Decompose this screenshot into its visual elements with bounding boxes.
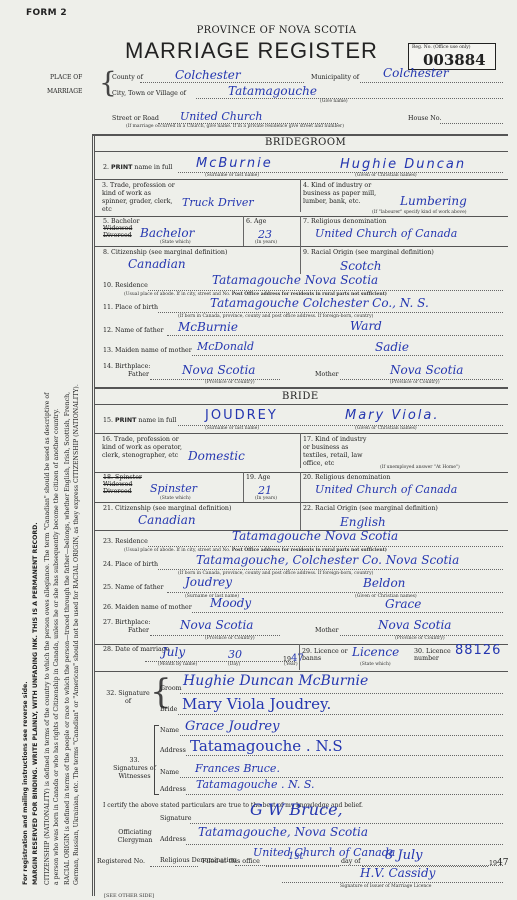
bride-trade-value[interactable]: Domestic <box>188 449 245 463</box>
groom-name-label: 2. PRINT name in full <box>103 164 172 171</box>
given-hint: (Given or Christian names) <box>355 173 417 178</box>
clergy-sig-label: Signature <box>160 815 192 822</box>
bride-signature[interactable]: Mary Viola Joudrey. <box>182 695 331 713</box>
father-birth-label: Father <box>128 371 149 378</box>
divider <box>95 433 508 434</box>
birthplace-hint: (If born in Canada, province, county and… <box>178 314 373 319</box>
brace-icon <box>154 725 159 795</box>
groom-surname[interactable]: McBurnie <box>196 156 273 171</box>
divider <box>95 246 508 247</box>
licence-label: 29. Licence or banns <box>302 648 352 662</box>
bride-industry-label: 17. Kind of industry or business as text… <box>303 436 373 468</box>
groom-signature[interactable]: Hughie Duncan McBurnie <box>183 673 368 689</box>
groom-father-label: 12. Name of father <box>103 327 164 334</box>
county-label: County of <box>112 74 143 81</box>
bride-citizenship-label: 21. Citizenship (see marginal definition… <box>103 505 231 512</box>
margin-racial-def-2: German, Russian, Ukrainian, etc. The ter… <box>73 384 80 885</box>
document-title: MARRIAGE REGISTER <box>125 38 378 64</box>
divider <box>300 502 301 530</box>
divider <box>95 404 508 405</box>
frame-left <box>92 134 95 896</box>
bride-father-label: 25. Name of father <box>103 584 164 591</box>
age-hint: (In years) <box>255 240 277 245</box>
bride-father-birthplace[interactable]: Nova Scotia <box>180 618 253 632</box>
city-hint: (Give name) <box>320 99 348 104</box>
bride-trade-label: 16. Trade, profession or kind of work as… <box>102 436 182 460</box>
groom-trade-label: 3. Trade, profession or kind of work as … <box>102 182 177 214</box>
line <box>148 546 503 547</box>
filed-year: 1947 <box>489 858 508 868</box>
groom-sig-label: Groom <box>160 685 182 692</box>
bride-sig-label: Bride <box>160 706 177 713</box>
groom-industry-label: 4. Kind of industry or business as paper… <box>303 182 383 206</box>
w2-name-label: Name <box>160 769 179 776</box>
form-number: FORM 2 <box>26 8 67 18</box>
bride-residence-value[interactable]: Tatamagouche Nova Scotia <box>232 529 398 543</box>
clergy-denomination[interactable]: United Church of Canada <box>253 846 395 859</box>
bride-racial-value[interactable]: English <box>340 515 386 529</box>
bride-name-label: 15. PRINT name in full <box>103 417 176 424</box>
divider <box>95 502 508 503</box>
line <box>186 844 503 845</box>
see-other-side: [SEE OTHER SIDE] <box>104 893 154 899</box>
witness2-address[interactable]: Tatamagouche . N. S. <box>196 778 315 791</box>
groom-racial-label: 9. Racial Origin (see marginal definitio… <box>303 249 434 256</box>
divider <box>300 472 301 502</box>
line <box>148 290 503 291</box>
county-value[interactable]: Colchester <box>175 68 241 82</box>
line <box>180 693 503 694</box>
groom-given-names[interactable]: Hughie Duncan <box>340 157 466 172</box>
street-hint: (If marriage occurred in a Church, give … <box>126 124 344 129</box>
line <box>167 335 503 336</box>
mother-birth-label: Mother <box>315 627 339 634</box>
clergyman-label: Officiating Clergyman <box>115 829 155 845</box>
divider <box>95 216 508 217</box>
groom-father-given[interactable]: Ward <box>350 319 382 333</box>
house-line <box>440 123 503 124</box>
bride-racial-label: 22. Racial Origin (see marginal definiti… <box>303 505 438 512</box>
filed-day[interactable]: 1st <box>288 851 304 862</box>
surname-hint: (Surname or last name) <box>205 426 259 431</box>
divider <box>95 644 508 645</box>
year-hint: (Year) <box>284 662 298 667</box>
province-hint: (Province or Country) <box>395 636 445 641</box>
day-hint: (Day) <box>228 662 240 667</box>
line <box>192 612 503 613</box>
city-line <box>196 98 503 99</box>
margin-racial-def-1: RACIAL ORIGIN is defined in terms of the… <box>64 392 71 885</box>
groom-birthplace-label: 11. Place of birth <box>103 304 158 311</box>
groom-birthplace-value[interactable]: Tatamagouche Colchester Co., N. S. <box>210 296 429 310</box>
bride-status-value[interactable]: Spinster <box>150 482 197 495</box>
divider <box>300 179 301 212</box>
industry-hint: (If unemployed answer "At Home") <box>380 465 460 470</box>
municipality-value[interactable]: Colchester <box>383 66 449 80</box>
bride-religion-value[interactable]: United Church of Canada <box>315 483 457 496</box>
w1-address-label: Address <box>160 747 186 754</box>
groom-racial-value[interactable]: Scotch <box>340 259 381 273</box>
province-heading: PROVINCE OF NOVA SCOTIA <box>18 25 517 36</box>
divider <box>243 216 244 246</box>
line <box>190 823 503 824</box>
groom-father-birthplace[interactable]: Nova Scotia <box>182 363 255 377</box>
clergy-address[interactable]: Tatamagouche, Nova Scotia <box>198 825 368 839</box>
surname-hint: (Surname or last name) <box>205 173 259 178</box>
margin-instruction-2: MARGIN RESERVED FOR BINDING. WRITE PLAIN… <box>32 522 39 885</box>
clergy-signature[interactable]: G W Bruce, <box>250 800 343 819</box>
bride-mother-surname[interactable]: Moody <box>210 596 251 610</box>
groom-industry-value[interactable]: Lumbering <box>400 194 467 208</box>
line <box>158 569 503 570</box>
groom-mother-label: 13. Maiden name of mother <box>103 347 192 354</box>
status-hint: (State which) <box>160 240 191 245</box>
groom-trade-value[interactable]: Truck Driver <box>182 196 254 209</box>
clergy-address-label: Address <box>160 836 186 843</box>
divider <box>300 246 301 274</box>
street-label: Street or Road <box>112 115 159 122</box>
county-line <box>140 82 304 83</box>
bride-mother-label: 26. Maiden name of mother <box>103 604 192 611</box>
divider <box>243 472 244 502</box>
groom-citizenship-label: 8. Citizenship (see marginal definition) <box>103 249 227 256</box>
father-birth-label: Father <box>128 627 149 634</box>
margin-instruction-1: For registration and mailing instruction… <box>22 681 29 885</box>
divider <box>300 216 301 246</box>
licence-number[interactable]: 88126 <box>455 643 501 658</box>
province-hint: (Province or Country) <box>205 380 255 385</box>
municipality-line <box>360 82 503 83</box>
bride-parents-birth-label: 27. Birthplace: <box>103 619 150 626</box>
groom-religion-label: 7. Religious denomination <box>303 218 386 225</box>
day-of-label: day of <box>341 858 360 865</box>
bride-mother-birthplace[interactable]: Nova Scotia <box>378 618 451 632</box>
province-hint: (Province or Country) <box>390 380 440 385</box>
bride-citizenship-value[interactable]: Canadian <box>138 513 196 527</box>
line <box>266 866 339 867</box>
groom-citizenship-value[interactable]: Canadian <box>128 257 186 271</box>
line <box>192 355 503 356</box>
bride-age-label: 19. Age <box>246 474 270 481</box>
frame-top <box>92 134 508 136</box>
municipality-label: Municipality of <box>311 74 359 81</box>
line <box>178 714 503 715</box>
reg-label: Reg. No. (Office use only) <box>412 45 471 50</box>
witness2-name[interactable]: Frances Bruce. <box>195 762 280 775</box>
line <box>186 794 503 795</box>
divider <box>95 387 508 389</box>
groom-parents-birth-label: 14. Birthplace: <box>103 363 150 370</box>
groom-mother-surname[interactable]: McDonald <box>197 340 254 353</box>
bride-father-surname[interactable]: Joudrey <box>185 575 232 589</box>
groom-mother-birthplace[interactable]: Nova Scotia <box>390 363 463 377</box>
bride-religion-label: 20. Religious denomination <box>303 474 390 481</box>
line <box>186 755 503 756</box>
marriage-month[interactable]: July <box>162 645 185 659</box>
divider <box>299 644 300 670</box>
groom-status-label: 5. BachelorWidowedDivorced <box>103 218 140 239</box>
licence-number-label: 30. Licence number <box>414 648 459 662</box>
province-hint: (Province or Country) <box>205 636 255 641</box>
groom-age-label: 6. Age <box>246 218 266 225</box>
line <box>167 592 503 593</box>
divider <box>300 433 301 468</box>
margin-citizenship-def-2: a person who was born in Canada or who h… <box>53 409 60 885</box>
groom-father-surname[interactable]: McBurnie <box>178 320 238 334</box>
status-hint: (State which) <box>160 496 191 501</box>
bride-surname[interactable]: JOUDREY <box>205 408 278 423</box>
marriage-date-label: 28. Date of marriage <box>103 646 169 653</box>
industry-hint: (If "labourer" specify kind of work abov… <box>372 210 467 215</box>
divider <box>95 179 508 180</box>
w1-name-label: Name <box>160 727 179 734</box>
divider <box>95 472 508 473</box>
issuer-signature[interactable]: H.V. Cassidy <box>360 866 435 880</box>
month-hint: (Month by name) <box>158 662 197 667</box>
bride-mother-given[interactable]: Grace <box>385 597 421 611</box>
filed-label: Filed at this office <box>202 858 260 865</box>
witness1-address[interactable]: Tatamagouche . N.S <box>190 737 343 755</box>
filed-month[interactable]: 8 July <box>385 848 423 863</box>
witnesses-label: 33. Signatures of Witnesses <box>112 757 157 781</box>
place-label-1: PLACE OF <box>50 74 82 81</box>
bridegroom-heading: BRIDEGROOM <box>265 137 346 148</box>
line <box>150 866 198 867</box>
groom-religion-value[interactable]: United Church of Canada <box>315 227 457 240</box>
bride-residence-label: 23. Residence <box>103 538 148 545</box>
place-label-2: MARRIAGE <box>47 88 82 95</box>
bride-given-names[interactable]: Mary Viola. <box>345 408 440 423</box>
licence-hint: (State which) <box>360 662 391 667</box>
groom-residence-label: 10. Residence <box>103 282 148 289</box>
age-hint: (In years) <box>255 496 277 501</box>
signature-label: 32. Signature of <box>103 690 153 706</box>
margin-citizenship-def-1: CITIZENSHIP (NATIONALITY) is defined in … <box>44 393 51 885</box>
marriage-day[interactable]: 30 <box>228 648 242 661</box>
groom-mother-given[interactable]: Sadie <box>375 340 409 354</box>
bride-heading: BRIDE <box>282 391 319 402</box>
witness1-name[interactable]: Grace Joudrey <box>185 719 279 734</box>
groom-residence-value[interactable]: Tatamagouche Nova Scotia <box>212 273 378 287</box>
bride-status-label: 18. SpinsterWidowedDivorced <box>103 474 142 495</box>
groom-status-value[interactable]: Bachelor <box>140 226 194 240</box>
bride-birthplace-label: 24. Place of birth <box>103 561 158 568</box>
registered-no-label: Registered No. <box>97 858 145 865</box>
issuer-label: Signature of Issuer of Marriage Licence <box>340 884 431 889</box>
city-value[interactable]: Tatamagouche <box>228 84 317 98</box>
street-value[interactable]: United Church <box>180 110 262 123</box>
w2-address-label: Address <box>160 786 186 793</box>
licence-value[interactable]: Licence <box>352 645 399 659</box>
bride-birthplace-value[interactable]: Tatamagouche, Colchester Co. Nova Scotia <box>196 553 459 567</box>
mother-birth-label: Mother <box>315 371 339 378</box>
house-label: House No. <box>408 115 442 122</box>
divider <box>95 151 508 152</box>
line <box>180 735 503 736</box>
bride-father-given[interactable]: Beldon <box>363 576 405 590</box>
line <box>282 882 503 883</box>
given-hint: (Given or Christian names) <box>355 426 417 431</box>
city-label: City, Town or Village of <box>112 90 186 97</box>
line <box>158 312 503 313</box>
